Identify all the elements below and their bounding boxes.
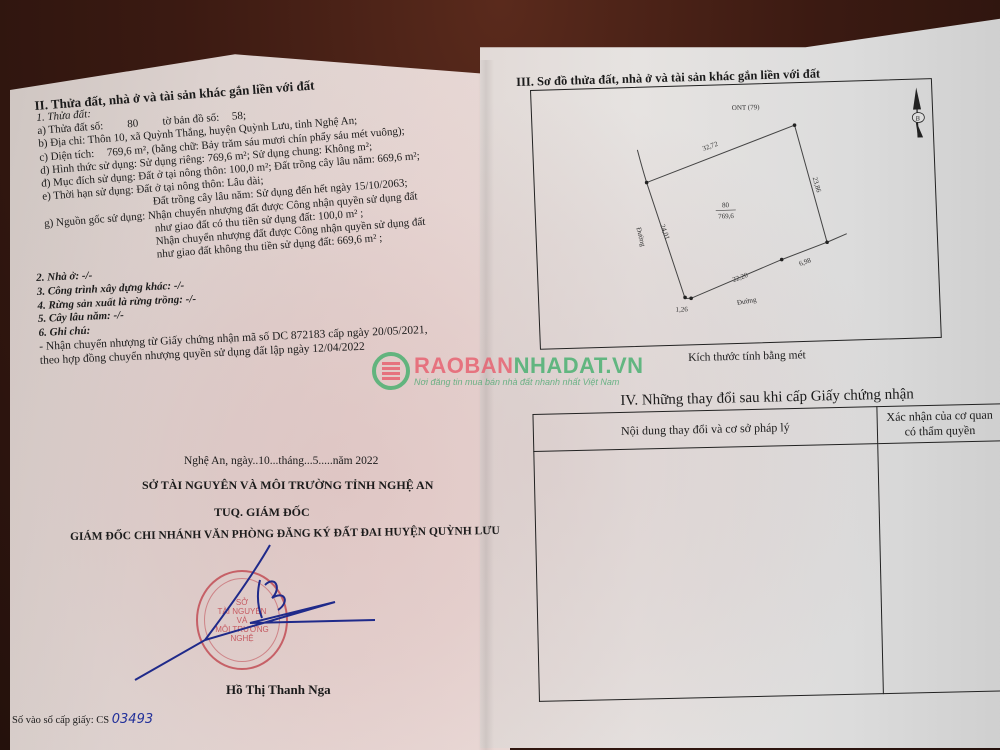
registry-no-value: 03493	[112, 712, 153, 727]
changes-table: IV. Những thay đổi sau khi cấp Giấy chứn…	[532, 383, 1000, 702]
svg-text:80: 80	[722, 201, 730, 209]
watermark-logo-icon	[372, 352, 410, 390]
col-confirmation-header-line2: có thẩm quyền	[882, 422, 998, 440]
registry-no-label: Số vào sổ cấp giấy: CS	[12, 715, 109, 726]
watermark-tagline: Nơi đăng tin mua bán nhà đất nhanh nhất …	[414, 377, 644, 387]
svg-text:769,6: 769,6	[718, 212, 735, 220]
watermark: RAOBANNHADAT.VN Nơi đăng tin mua bán nhà…	[372, 352, 644, 390]
col-confirmation-header: Xác nhận của cơ quan có thẩm quyền	[877, 404, 1000, 444]
svg-text:1,26: 1,26	[675, 305, 688, 313]
watermark-brand-part2: NHADAT.VN	[514, 353, 644, 378]
registry-number: Số vào sổ cấp giấy: CS 03493	[12, 712, 153, 727]
svg-text:6,98: 6,98	[798, 256, 813, 268]
svg-text:24,01: 24,01	[658, 223, 671, 241]
signature-icon	[0, 540, 420, 740]
parcel-map: ONT (79) 32,72 23,86 24,01 Đường 22,20 6…	[530, 78, 942, 350]
col-confirmation-header-line1: Xác nhận của cơ quan	[881, 407, 997, 425]
confirmation-cell	[878, 441, 1000, 694]
issue-date: Nghệ An, ngày..10...tháng...5.....năm 20…	[184, 455, 378, 467]
authority-line-1: SỞ TÀI NGUYÊN VÀ MÔI TRƯỜNG TỈNH NGHỆ AN	[142, 478, 433, 493]
watermark-brand: RAOBANNHADAT.VN	[414, 355, 644, 377]
other-items: 2. Nhà ở: -/- 3. Công trình xây dựng khá…	[36, 255, 428, 368]
svg-text:Đường: Đường	[736, 296, 757, 307]
authority-line-2: TUQ. GIÁM ĐỐC	[214, 505, 310, 520]
signer-name: Hồ Thị Thanh Nga	[226, 682, 331, 698]
svg-text:32,72: 32,72	[701, 140, 719, 153]
watermark-brand-part1: RAOBAN	[414, 353, 514, 378]
book-spine	[478, 60, 494, 750]
parcel-diagram: ONT (79) 32,72 23,86 24,01 Đường 22,20 6…	[531, 79, 941, 349]
changes-content-cell	[534, 444, 884, 702]
svg-text:22,20: 22,20	[731, 271, 749, 284]
svg-text:ONT (79): ONT (79)	[732, 103, 761, 112]
map-sheet-no: 58;	[222, 110, 247, 124]
parcel-details: 1. Thửa đất: a) Thửa đất số: 80 tờ bản đ…	[36, 84, 427, 270]
north-arrow-icon: B	[911, 87, 925, 137]
svg-text:Đường: Đường	[634, 226, 647, 247]
